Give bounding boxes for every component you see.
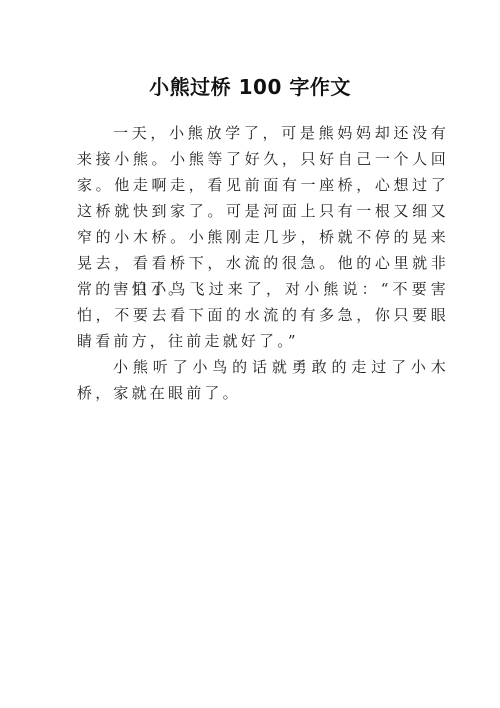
paragraph-3-container: 小熊听了小鸟的话就勇敢的走过了小木桥，家就在眼前了。: [77, 354, 449, 406]
paragraph-1: 一天，小熊放学了，可是熊妈妈却还没有来接小熊。小熊等了好久，只好自己一个人回家。…: [77, 120, 449, 302]
paragraph-1-container: 一天，小熊放学了，可是熊妈妈却还没有来接小熊。小熊等了好久，只好自己一个人回家。…: [77, 120, 449, 302]
document-page: 小熊过桥 100 字作文 一天，小熊放学了，可是熊妈妈却还没有来接小熊。小熊等了…: [0, 0, 500, 708]
paragraph-2-container: 一只小鸟飞过来了，对小熊说：“不要害怕，不要去看下面的水流的有多急，你只要眼睛看…: [77, 276, 449, 354]
paragraph-2: 一只小鸟飞过来了，对小熊说：“不要害怕，不要去看下面的水流的有多急，你只要眼睛看…: [77, 276, 449, 354]
paragraph-3: 小熊听了小鸟的话就勇敢的走过了小木桥，家就在眼前了。: [77, 354, 449, 406]
document-title: 小熊过桥 100 字作文: [0, 73, 500, 101]
